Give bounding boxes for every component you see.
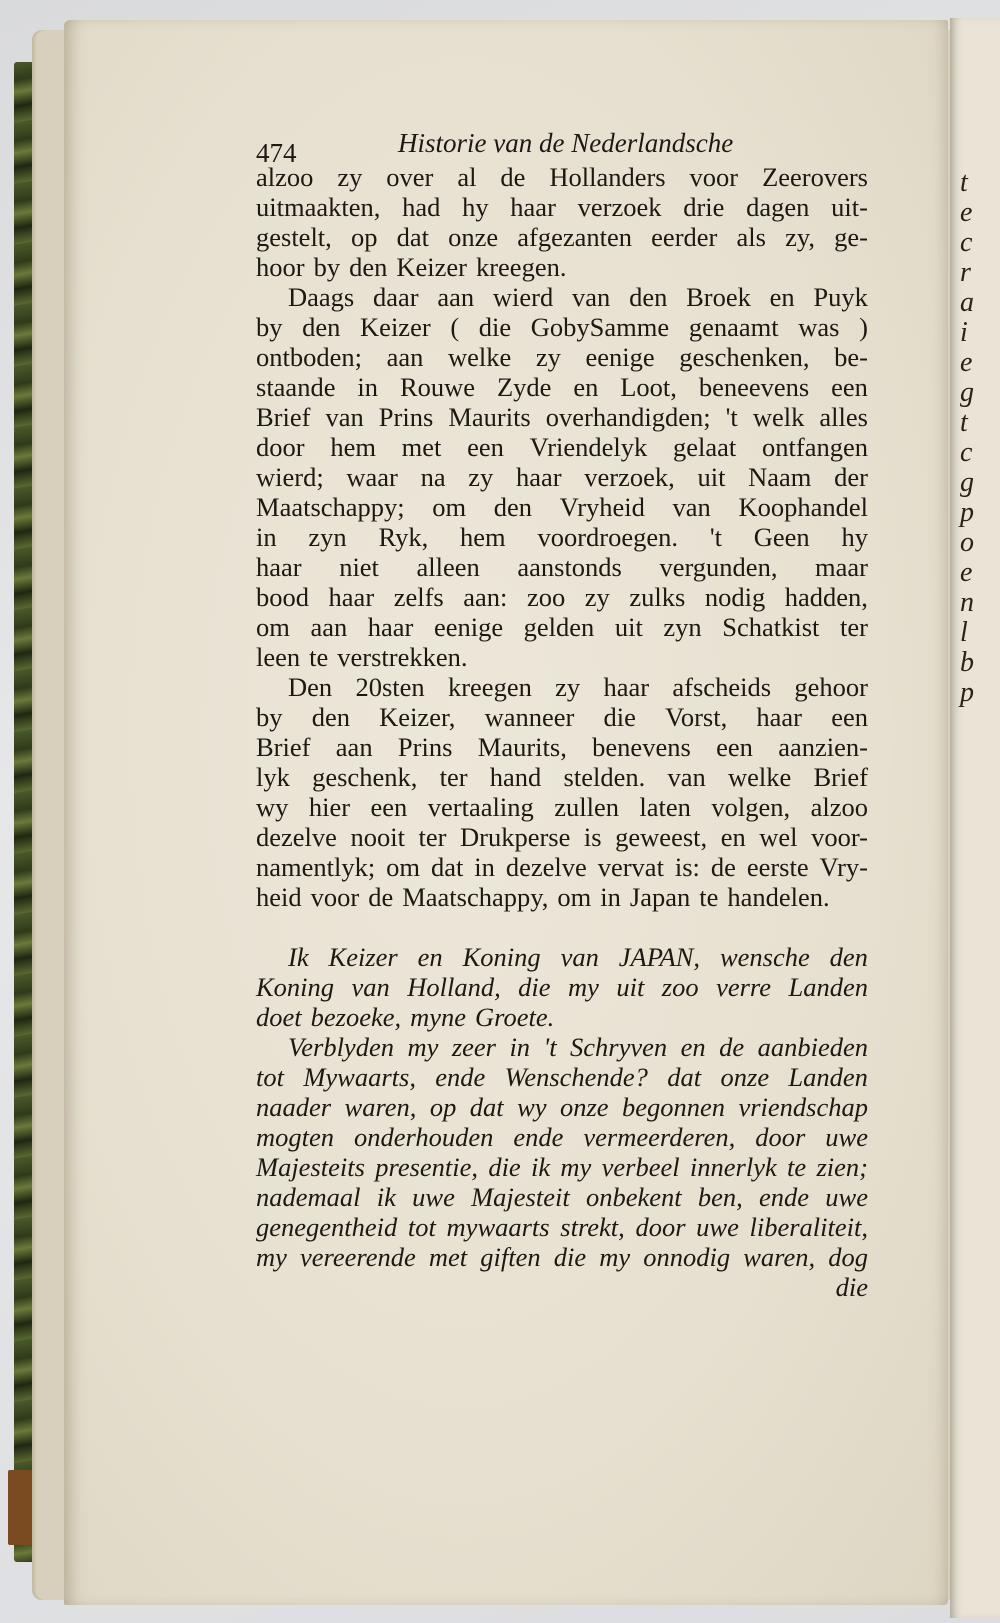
text-line: namentlyk;omdatindezelvevervatis:deeerst…: [256, 852, 868, 882]
text-line: heidvoordeMaatschappy,ominJapantehandele…: [256, 882, 868, 912]
facing-page-glyphs: t e c r a i e g t c g p o e n l b p: [960, 168, 980, 708]
text-line: hoorbydenKeizerkreegen.: [256, 252, 868, 282]
text-line: Verblydenmyzeerin'tSchryvenendeaanbieden: [256, 1032, 868, 1062]
text-line: lykgeschenk,terhandstelden.vanwelkeBrief: [256, 762, 868, 792]
text-line: myvereerendemetgiftendiemyonnodigwaren,d…: [256, 1242, 868, 1272]
text-line: omaanhaareenigegeldenuitzynSchatkistter: [256, 612, 868, 642]
section-gap: [256, 912, 868, 942]
text-line: KoningvanHolland,diemyuitzooverreLanden: [256, 972, 868, 1002]
body-text: alzoozyoveraldeHollandersvoorZeeroversui…: [256, 162, 868, 1272]
text-line: Maatschappy;omdenVryheidvanKoophandel: [256, 492, 868, 522]
text-line: doetbezoeke,myneGroete.: [256, 1002, 868, 1032]
running-head: Historie van de Nederlandsche: [398, 128, 733, 159]
catchword: die: [836, 1272, 868, 1302]
book-cover-leather-corner: [8, 1470, 32, 1545]
text-line: BriefvanPrinsMauritsoverhandigden;'twelk…: [256, 402, 868, 432]
text-line: dezelvenooitterDrukperseisgeweest,enwelv…: [256, 822, 868, 852]
text-line: staandeinRouweZydeenLoot,beneevenseen: [256, 372, 868, 402]
facing-page-edge: t e c r a i e g t c g p o e n l b p: [950, 18, 1000, 1618]
text-line: doorhemmeteenVriendelykgelaatontfangen: [256, 432, 868, 462]
page-header: 474 Historie van de Nederlandsche: [256, 128, 868, 162]
text-line: gestelt,opdatonzeafgezanteneerderalszy,g…: [256, 222, 868, 252]
text-line: Den20stenkreegenzyhaarafscheidsgehoor: [256, 672, 868, 702]
paragraph-p3: Den20stenkreegenzyhaarafscheidsgehoorbyd…: [256, 672, 868, 912]
text-line: ontboden;aanwelkezyeenigegeschenken,be-: [256, 342, 868, 372]
text-line: bydenKeizer(dieGobySammegenaamtwas): [256, 312, 868, 342]
text-line: IkKeizerenKoningvanJAPAN,wenscheden: [256, 942, 868, 972]
text-line: genegentheidtotmywaartsstrekt,dooruwelib…: [256, 1212, 868, 1242]
paragraph-p4: IkKeizerenKoningvanJAPAN,wenschedenKonin…: [256, 942, 868, 1032]
text-line: wyhiereenvertaalingzullenlatenvolgen,alz…: [256, 792, 868, 822]
text-line: DaagsdaaraanwierdvandenBroekenPuyk: [256, 282, 868, 312]
text-line: Majesteitspresentie,dieikmyverbeelinnerl…: [256, 1152, 868, 1182]
text-line: BriefaanPrinsMaurits,benevenseenaanzien-: [256, 732, 868, 762]
paragraph-p1: alzoozyoveraldeHollandersvoorZeeroversui…: [256, 162, 868, 282]
text-line: uitmaakten,hadhyhaarverzoekdriedagenuit-: [256, 192, 868, 222]
text-line: mogtenonderhoudenendevermeerderen,dooruw…: [256, 1122, 868, 1152]
text-line: leenteverstrekken.: [256, 642, 868, 672]
page-number: 474: [256, 138, 297, 169]
catchword-line: die: [256, 1272, 868, 1302]
paragraph-p5: Verblydenmyzeerin'tSchryvenendeaanbieden…: [256, 1032, 868, 1272]
text-line: bydenKeizer,wanneerdieVorst,haareen: [256, 702, 868, 732]
text-line: boodhaarzelfsaan:zoozyzulksnodighadden,: [256, 582, 868, 612]
text-line: wierd;waarnazyhaarverzoek,uitNaamder: [256, 462, 868, 492]
page-text-block: 474 Historie van de Nederlandsche alzooz…: [256, 128, 868, 1302]
paragraph-p2: DaagsdaaraanwierdvandenBroekenPuykbydenK…: [256, 282, 868, 672]
text-line: alzoozyoveraldeHollandersvoorZeerovers: [256, 162, 868, 192]
text-line: totMywaarts,endeWenschende?datonzeLanden: [256, 1062, 868, 1092]
text-line: nademaalikuweMajesteitonbekentben,endeuw…: [256, 1182, 868, 1212]
text-line: haarnietalleenaanstondsvergunden,maar: [256, 552, 868, 582]
text-line: naaderwaren,opdatwyonzebegonnenvriendsch…: [256, 1092, 868, 1122]
text-line: inzynRyk,hemvoordroegen.'tGeenhy: [256, 522, 868, 552]
